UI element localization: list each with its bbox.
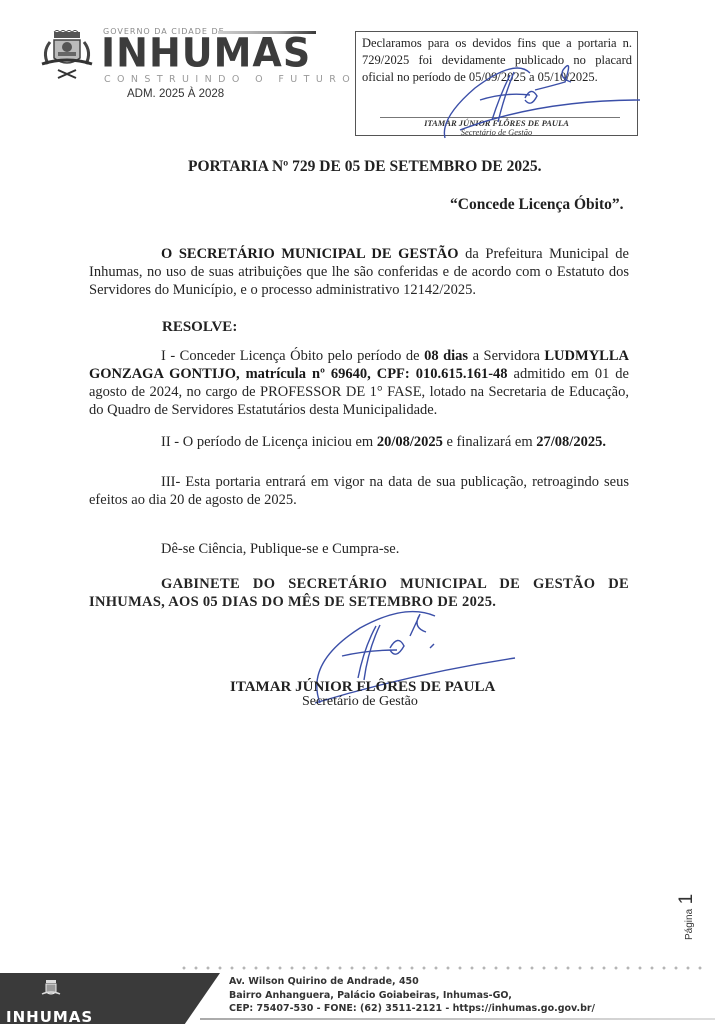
- footer-address: Av. Wilson Quirino de Andrade, 450 Bairr…: [229, 975, 595, 1016]
- footer-dotted-rule: [178, 966, 708, 970]
- footer-contact-link[interactable]: CEP: 75407-530 - FONE: (62) 3511-2121 - …: [229, 1002, 595, 1016]
- page-number: Página 1: [676, 880, 698, 940]
- preamble-paragraph: O SECRETÁRIO MUNICIPAL DE GESTÃO da Pref…: [89, 245, 629, 299]
- footer-rule: [200, 1018, 715, 1020]
- closing-statement: Dê-se Ciência, Publique-se e Cumpra-se.: [89, 540, 629, 558]
- footer-coat-of-arms-icon: [40, 978, 62, 1000]
- municipal-coat-of-arms-icon: [36, 30, 98, 80]
- signer-role: Secretário de Gestão: [302, 694, 418, 710]
- document-subtitle: “Concede Licença Óbito”.: [450, 196, 624, 214]
- article-3-paragraph: III- Esta portaria entrará em vigor na d…: [89, 473, 629, 509]
- document-title: PORTARIA Nº 729 DE 05 DE SETEMBRO DE 202…: [188, 158, 542, 176]
- handwritten-signature-icon: [440, 60, 640, 140]
- brand-slogan: CONSTRUINDO O FUTURO: [104, 74, 356, 85]
- article-1-paragraph: I - Conceder Licença Óbito pelo período …: [89, 347, 629, 419]
- administration-period: ADM. 2025 À 2028: [127, 88, 224, 100]
- cabinet-statement: GABINETE DO SECRETÁRIO MUNICIPAL DE GEST…: [89, 575, 629, 611]
- article-2-paragraph: II - O período de Licença iniciou em 20/…: [89, 433, 629, 451]
- resolve-heading: RESOLVE:: [162, 319, 237, 336]
- footer-brand-text: INHUMAS: [6, 1008, 93, 1024]
- brand-logo-text: INHUMAS: [101, 32, 311, 74]
- preamble-lead: O SECRETÁRIO MUNICIPAL DE GESTÃO: [161, 246, 459, 262]
